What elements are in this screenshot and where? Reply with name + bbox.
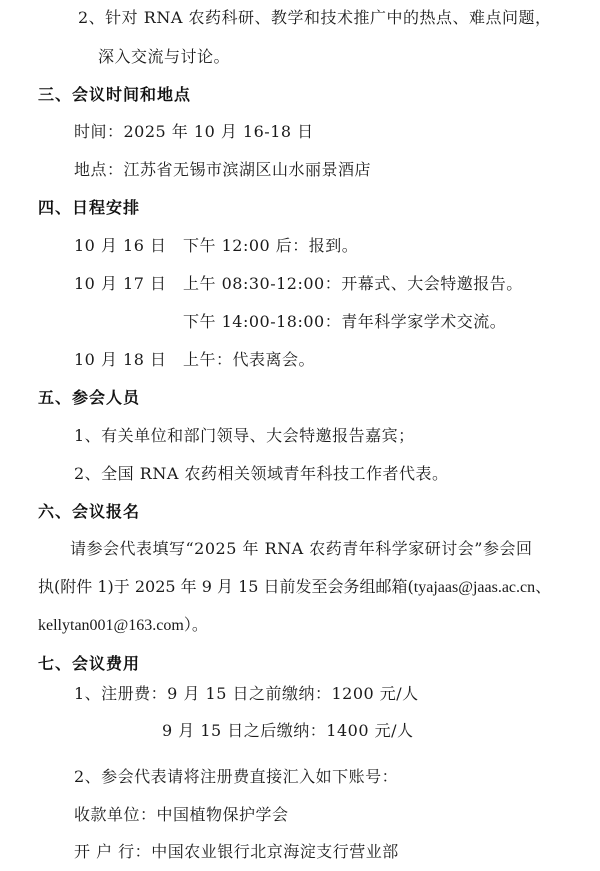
section-heading-registration: 六、会议报名: [38, 502, 140, 522]
schedule-detail: 上午：代表离会。: [183, 350, 315, 370]
section-heading-time-place: 三、会议时间和地点: [38, 85, 191, 105]
registration-paragraph-line3: kellytan001@163.com）。: [38, 615, 208, 636]
registration-paragraph-line2: 执(附件 1)于 2025 年 9 月 15 日前发至会务组邮箱(tyajaas…: [38, 577, 551, 598]
attendee-item: 1、有关单位和部门领导、大会特邀报告嘉宾；: [74, 426, 415, 446]
schedule-date: 10 月 18 日: [74, 350, 166, 370]
schedule-detail: 下午 14:00-18:00：青年科学家学术交流。: [183, 312, 506, 332]
fee-after-deadline: 9 月 15 日之后缴纳：1400 元/人: [162, 721, 414, 741]
schedule-detail: 下午 12:00 后：报到。: [183, 236, 358, 256]
attendee-item: 2、全国 RNA 农药相关领域青年科技工作者代表。: [74, 464, 448, 484]
schedule-detail: 上午 08:30-12:00：开幕式、大会特邀报告。: [183, 274, 523, 294]
bank-label: 开 户 行：: [74, 842, 151, 861]
payee-label: 收款单位：: [74, 805, 157, 824]
schedule-date: 10 月 17 日: [74, 274, 166, 294]
section-heading-attendees: 五、参会人员: [38, 388, 140, 408]
payee-row: 收款单位：中国植物保护学会: [74, 805, 289, 825]
meeting-place: 地点：江苏省无锡市滨湖区山水丽景酒店: [74, 160, 371, 180]
schedule-date: 10 月 16 日: [74, 236, 166, 256]
section-heading-fees: 七、会议费用: [38, 654, 140, 674]
closing-text: ）。: [184, 615, 208, 634]
email-link-1[interactable]: tyajaas@jaas.ac.cn: [414, 579, 535, 596]
payment-instruction: 2、参会代表请将注册费直接汇入如下账号：: [74, 767, 398, 787]
registration-text: 执(附件 1)于 2025 年 9 月 15 日前发至会务组邮箱(: [38, 577, 414, 596]
bank-value: 中国农业银行北京海淀支行营业部: [151, 842, 399, 861]
separator: 、: [535, 577, 551, 596]
meeting-time: 时间：2025 年 10 月 16-18 日: [74, 122, 314, 142]
objective-item-2-line2: 深入交流与讨论。: [98, 47, 230, 67]
payee-value: 中国植物保护学会: [157, 805, 289, 824]
registration-paragraph-line1: 请参会代表填写“2025 年 RNA 农药青年科学家研讨会”参会回: [70, 539, 532, 559]
email-link-2[interactable]: kellytan001@163.com: [38, 617, 184, 634]
fee-before-deadline: 1、注册费：9 月 15 日之前缴纳：1200 元/人: [74, 684, 419, 704]
bank-row: 开 户 行：中国农业银行北京海淀支行营业部: [74, 842, 399, 862]
objective-item-2-line1: 2、针对 RNA 农药科研、教学和技术推广中的热点、难点问题，: [78, 8, 551, 28]
section-heading-schedule: 四、日程安排: [38, 198, 140, 218]
